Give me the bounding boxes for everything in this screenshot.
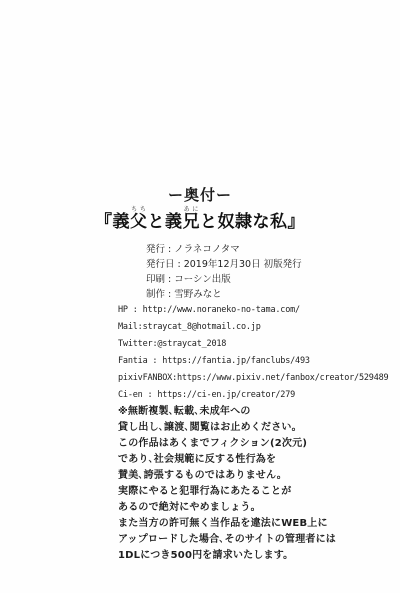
title-char-gi2: 義 [165, 212, 183, 232]
link-row-hp: HP : http://www.noraneko-no-tama.com/ [118, 302, 388, 319]
link-value: http://www.noraneko-no-tama.com/ [143, 305, 300, 315]
link-label: pixivFANBOX [118, 373, 172, 383]
link-label: HP [118, 305, 128, 315]
contact-links: HP : http://www.noraneko-no-tama.com/ Ma… [118, 302, 388, 404]
link-label: Mail [118, 322, 138, 332]
notice-line: 1DLにつき500円を請求いたします。 [118, 548, 336, 564]
notice-line: であり､社会規範に反する性行為を [118, 452, 336, 468]
link-value: https://ci-en.jp/creator/279 [157, 390, 295, 400]
notice-line: この作品はあくまでフィクション(2次元) [118, 436, 336, 452]
notice-line: ※無断複製､転載､未成年への [118, 404, 336, 420]
pub-label: 発行日 [146, 259, 175, 270]
link-row-twitter: Twitter:@straycat_2018 [118, 336, 388, 353]
publication-info: 発行:ノラネコノタマ 発行日:2019年12月30日 初版発行 印刷:コーシン出… [146, 242, 302, 302]
notice-line: 貸し出し､譲渡､閲覧はお止めください。 [118, 420, 336, 436]
pub-value: ノラネコノタマ [174, 244, 240, 255]
pub-row-author: 制作:雪野みなと [146, 287, 302, 302]
pub-separator: : [168, 289, 171, 300]
pub-row-printer: 印刷:コーシン出版 [146, 272, 302, 287]
pub-row-date: 発行日:2019年12月30日 初版発行 [146, 257, 302, 272]
link-row-cien: Ci-en : https://ci-en.jp/creator/279 [118, 387, 388, 404]
ruby-reading-chichi: ちち [130, 206, 147, 213]
notice-line: 賛美､誇張するものではありません。 [118, 468, 336, 484]
book-title: 『義父ちちと義兄あにと奴隷な私』 [0, 206, 400, 232]
notice-line: また当方の許可無く当作品を違法にWEB上に [118, 516, 336, 532]
pub-label: 発行 [146, 244, 165, 255]
link-label: Ci-en [118, 390, 143, 400]
title-char-gi1: 義 [113, 212, 131, 232]
colophon-heading: ー奥付ー [0, 184, 400, 205]
pub-value: 雪野みなと [174, 289, 222, 300]
link-separator: : [128, 305, 143, 315]
link-row-fantia: Fantia : https://fantia.jp/fanclubs/493 [118, 353, 388, 370]
notice-line: あるので絶対にやめましょう。 [118, 500, 336, 516]
copyright-notice: ※無断複製､転載､未成年への 貸し出し､譲渡､閲覧はお止めください。 この作品は… [118, 404, 336, 564]
notice-line: アップロードした場合､そのサイトの管理者には [118, 532, 336, 548]
pub-label: 制作 [146, 289, 165, 300]
pub-separator: : [168, 274, 171, 285]
title-ruby-brother: 兄あに [183, 212, 201, 232]
title-close-bracket: 』 [288, 212, 306, 232]
link-value: @straycat_2018 [157, 339, 226, 349]
link-value: https://www.pixiv.net/fanbox/creator/529… [177, 373, 388, 383]
title-rest: と奴隷な私 [200, 212, 288, 232]
pub-separator: : [178, 259, 181, 270]
link-separator: : [148, 356, 163, 366]
link-separator: : [143, 390, 158, 400]
title-open-bracket: 『 [95, 212, 113, 232]
colophon-page: ー奥付ー 『義父ちちと義兄あにと奴隷な私』 発行:ノラネコノタマ 発行日:201… [0, 0, 400, 593]
link-label: Fantia [118, 356, 148, 366]
link-value: https://fantia.jp/fanclubs/493 [162, 356, 310, 366]
link-row-mail: Mail:straycat_8@hotmail.co.jp [118, 319, 388, 336]
pub-row-publisher: 発行:ノラネコノタマ [146, 242, 302, 257]
notice-line: 実際にやると犯罪行為にあたることが [118, 484, 336, 500]
title-particle-to1: と [148, 212, 166, 232]
pub-separator: : [168, 244, 171, 255]
pub-label: 印刷 [146, 274, 165, 285]
link-label: Twitter [118, 339, 152, 349]
pub-value: コーシン出版 [174, 274, 231, 285]
title-ruby-father: 父ちち [130, 212, 148, 232]
link-value: straycat_8@hotmail.co.jp [143, 322, 261, 332]
ruby-reading-ani: あに [183, 206, 200, 213]
pub-value: 2019年12月30日 初版発行 [184, 259, 302, 270]
link-row-pixivfanbox: pixivFANBOX:https://www.pixiv.net/fanbox… [118, 370, 388, 387]
